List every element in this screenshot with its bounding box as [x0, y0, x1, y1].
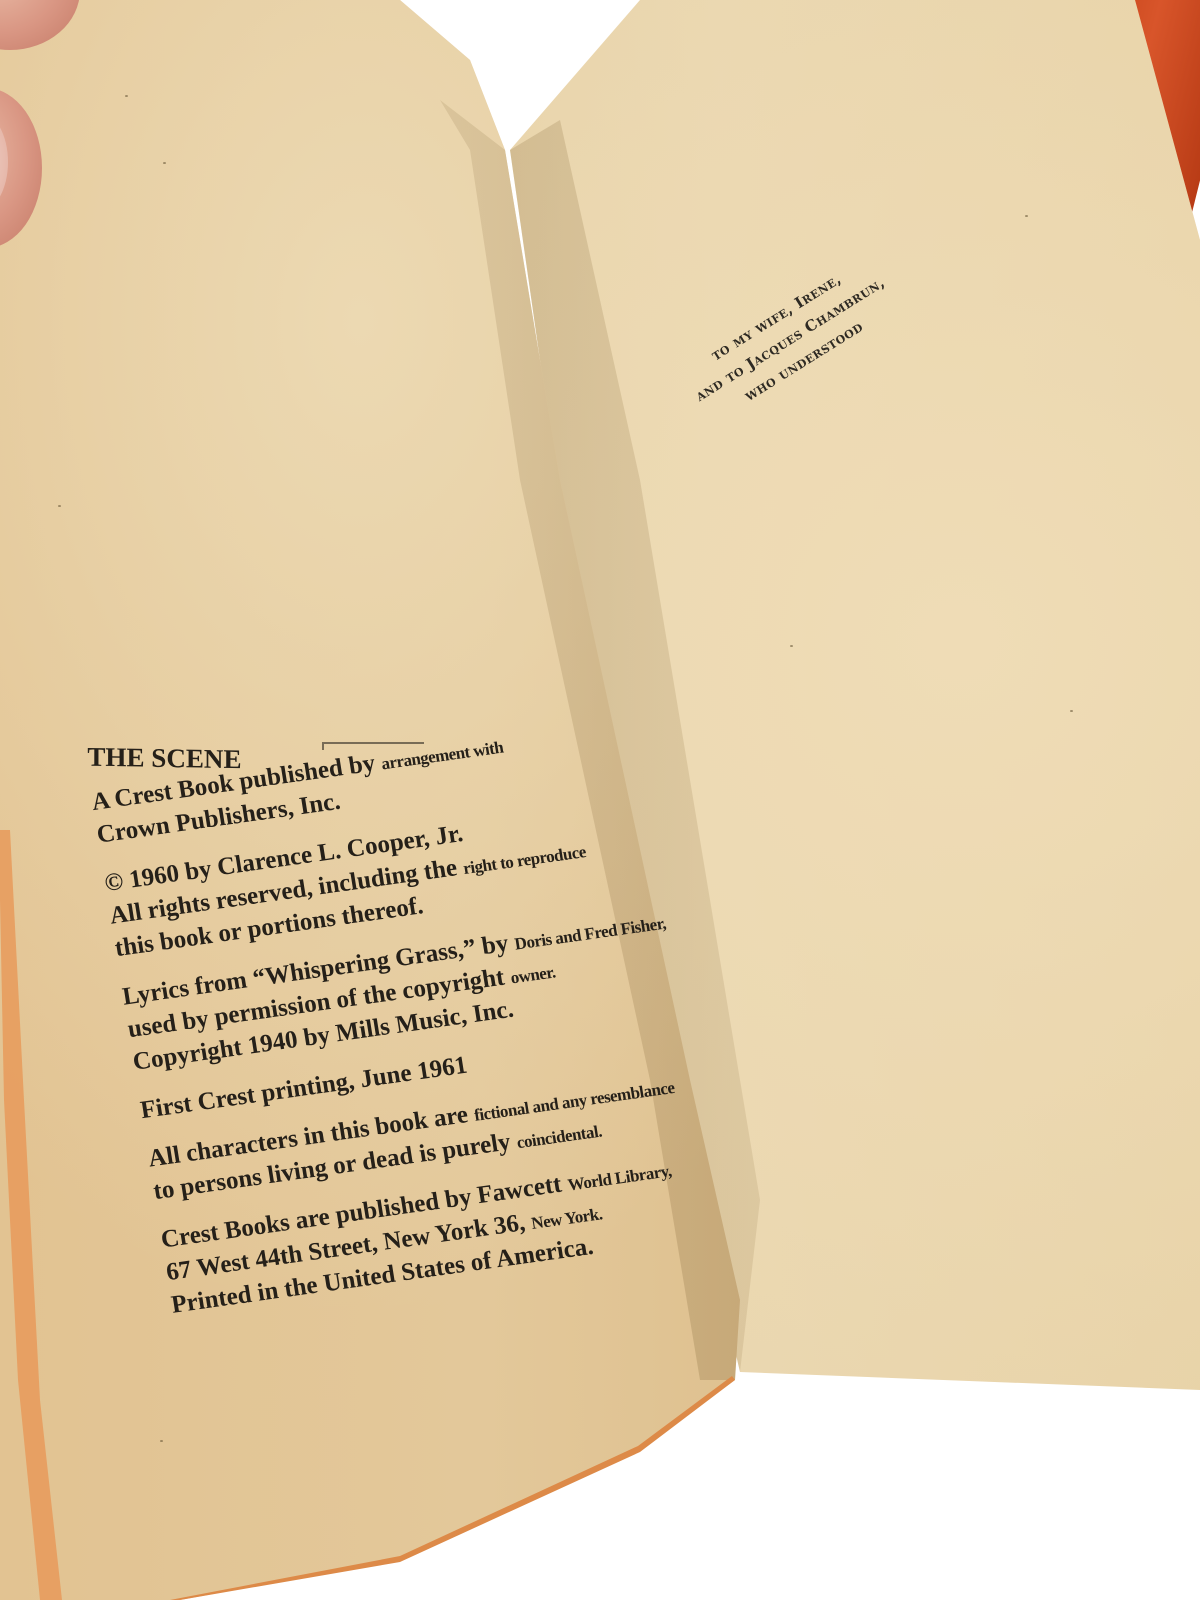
paper-speck: [125, 95, 128, 97]
text-small: coincidental.: [515, 1122, 603, 1153]
text-small: New York.: [530, 1204, 604, 1233]
paper-speck: [163, 162, 166, 164]
paper-speck: [790, 645, 793, 647]
copyright-block: THE SCENE A Crest Book published by arra…: [82, 662, 731, 1338]
paper-speck: [1070, 710, 1073, 712]
book-photo: to my wife, Irene, and to Jacques Chambr…: [0, 0, 1200, 1600]
text-small: owner.: [509, 962, 557, 987]
paper-speck: [160, 1440, 163, 1442]
paper-speck: [1025, 215, 1028, 217]
paper-speck: [58, 505, 61, 507]
